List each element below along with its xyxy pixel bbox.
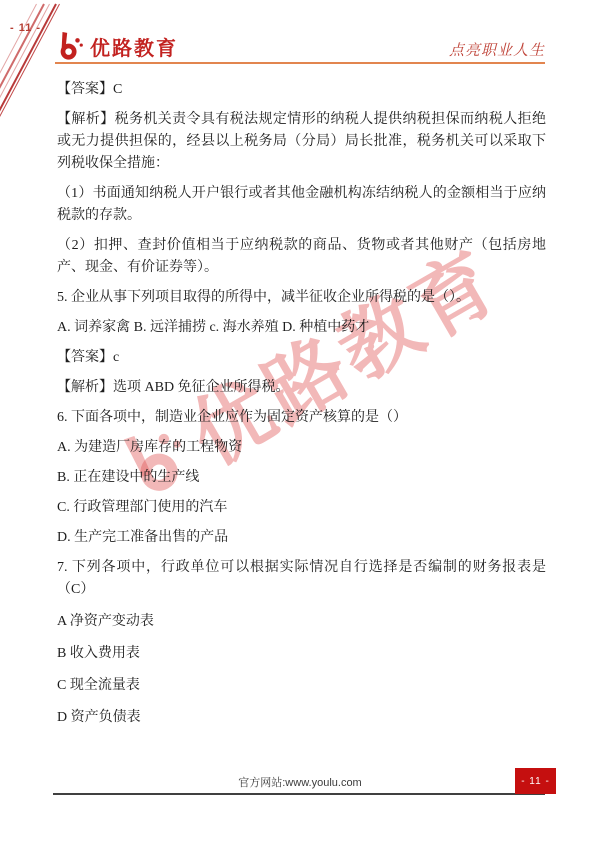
question-7-option-d: D 资产负债表 — [57, 707, 546, 729]
question-6-option-c: C. 行政管理部门使用的汽车 — [57, 497, 546, 519]
header-tagline: 点亮职业人生 — [449, 39, 545, 60]
question-7-option-b: B 收入费用表 — [57, 643, 546, 665]
question-5: 5. 企业从事下列项目取得的所得中，减半征收企业所得税的是（）。 — [57, 287, 546, 309]
document-body: 【答案】C 【解析】税务机关责令具有税法规定情形的纳税人提供纳税担保而纳税人拒绝… — [57, 79, 546, 737]
header-rule — [55, 62, 545, 64]
footer-page-number: - 11 - — [521, 776, 550, 787]
footer-page-number-badge: - 11 - — [515, 768, 556, 794]
youlu-b-logo-icon — [55, 31, 85, 61]
question-7-option-a: A 净资产变动表 — [57, 611, 546, 633]
analysis-text: 【解析】税务机关责令具有税法规定情形的纳税人提供纳税担保而纳税人拒绝或无力提供担… — [57, 109, 546, 175]
question-6-option-a: A. 为建造厂房库存的工程物资 — [57, 437, 546, 459]
analysis-list-item-2: （2）扣押、查封价值相当于应纳税款的商品、货物或者其他财产（包括房地产、现金、有… — [57, 235, 546, 279]
corner-page-number: - 11 - — [10, 22, 41, 34]
header-logo: 优路教育 — [55, 31, 178, 61]
question-7-option-c: C 现全流量表 — [57, 675, 546, 697]
footer-site-label: 官方网站:www.youlu.com — [0, 774, 600, 790]
analysis-list-item-1: （1）书面通知纳税人开户银行或者其他金融机构冻结纳税人的金额相当于应纳税款的存款… — [57, 183, 546, 227]
question-7: 7. 下列各项中，行政单位可以根据实际情况自行选择是否编制的财务报表是（C） — [57, 557, 546, 601]
question-5-options: A. 词养家禽 B. 远洋捕捞 c. 海水养殖 D. 种植中药才 — [57, 317, 546, 339]
analysis-text: 【解析】选项 ABD 免征企业所得税。 — [57, 377, 546, 399]
question-6: 6. 下面各项中，制造业企业应作为固定资产核算的是（） — [57, 407, 546, 429]
question-6-option-d: D. 生产完工准备出售的产品 — [57, 527, 546, 549]
answer-text: 【答案】c — [57, 347, 546, 369]
logo-text: 优路教育 — [90, 32, 178, 61]
footer-rule — [53, 793, 545, 795]
question-6-option-b: B. 正在建设中的生产线 — [57, 467, 546, 489]
document-page: - 11 - 优路教育 点亮职业人生 — [0, 0, 600, 849]
answer-text: 【答案】C — [57, 79, 546, 101]
